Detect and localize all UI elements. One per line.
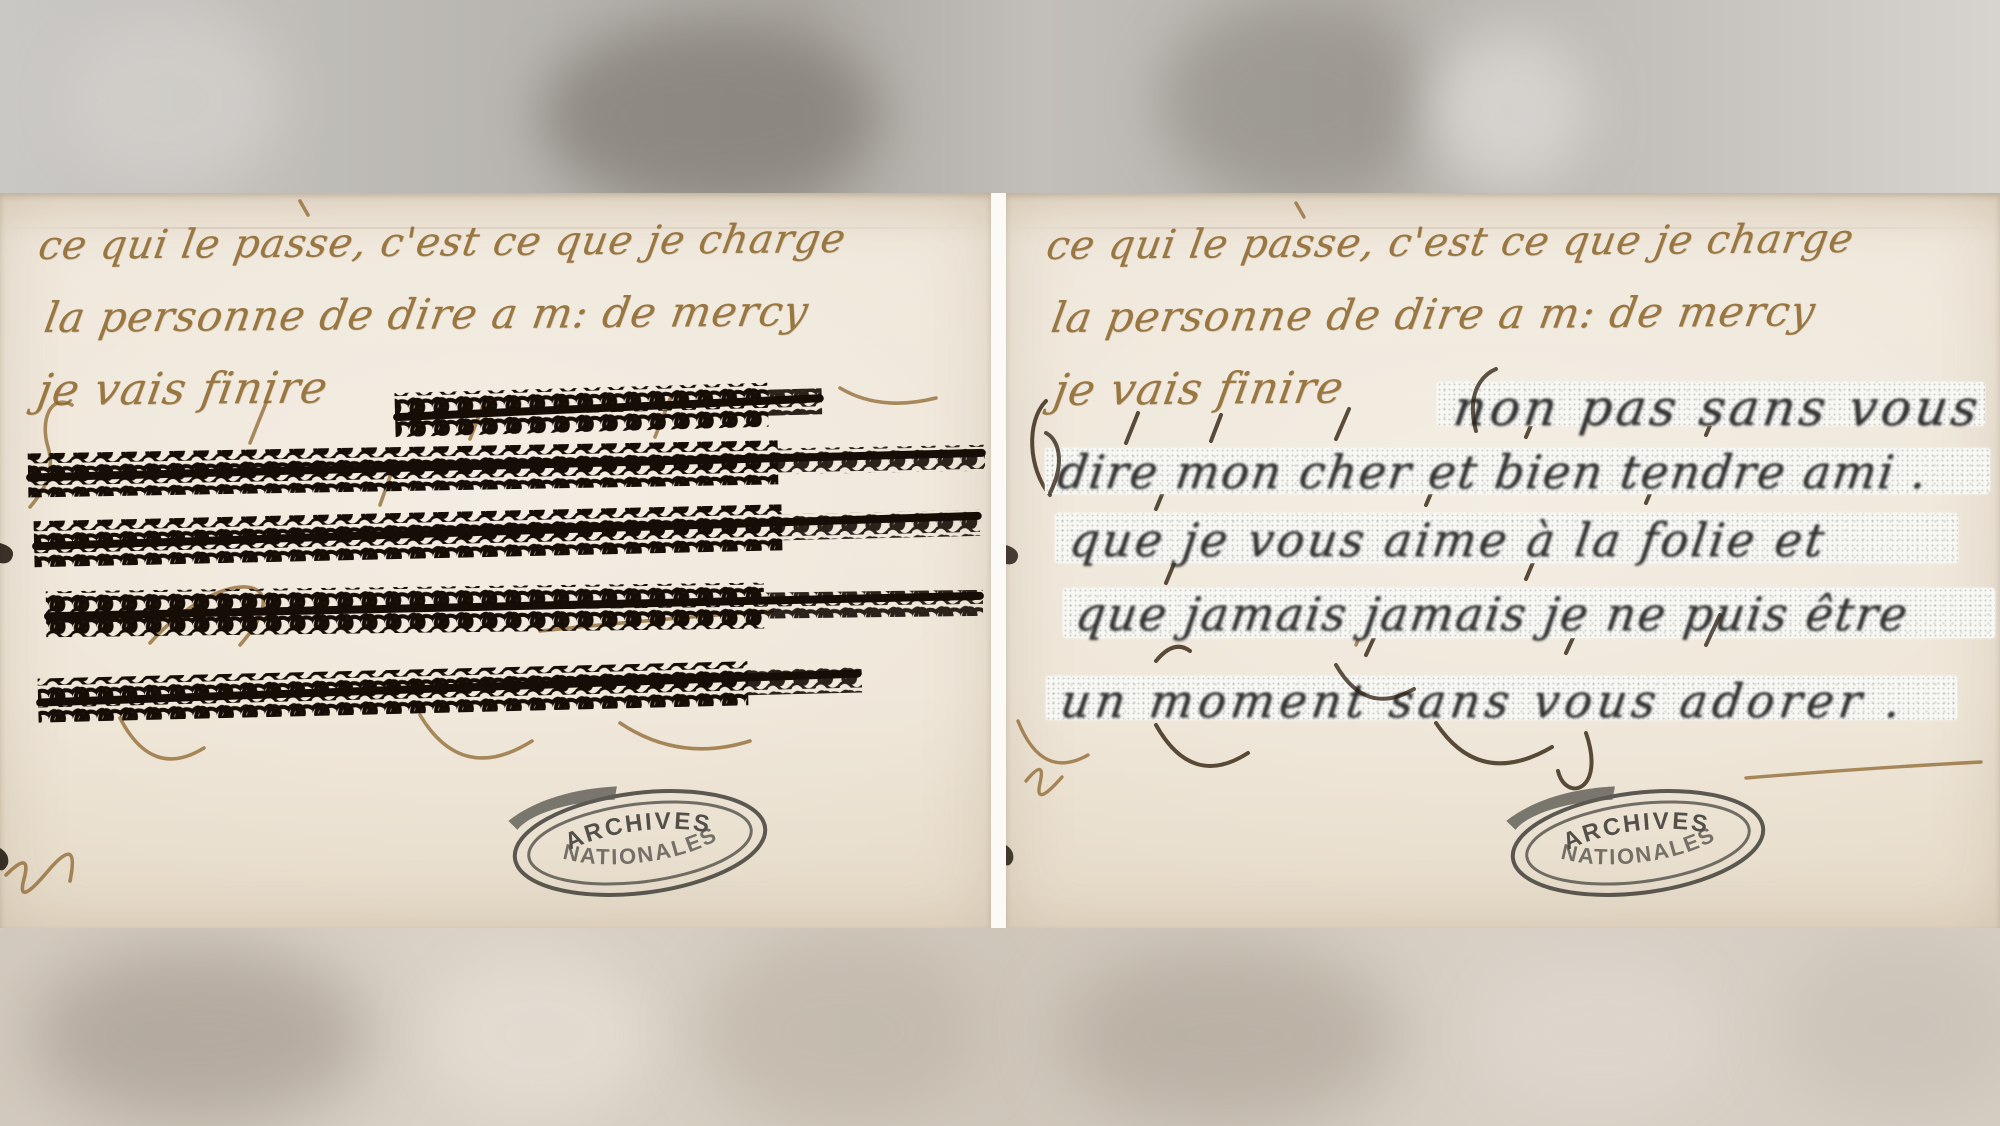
revealed-line-text: que jamais jamais je ne puis être xyxy=(1072,587,1912,641)
redacted-line xyxy=(394,381,822,437)
ink-smudge xyxy=(0,543,13,870)
archives-nationales-stamp: ARCHIVES NATIONALES xyxy=(505,778,775,908)
redacted-line xyxy=(46,580,983,637)
revealed-line-text: que je vous aime à la folie et xyxy=(1066,513,1830,567)
background-blob xyxy=(1060,945,1400,1125)
revealed-line-text: un moment sans vous adorer . xyxy=(1057,674,1909,728)
revealed-line-text: non pas sans vous xyxy=(1450,379,1985,437)
manuscript-panel-revealed: ce qui le passe, c'est ce que je charge … xyxy=(1006,193,2000,928)
redaction-scribbles xyxy=(0,193,991,928)
background-blob xyxy=(1480,955,1720,1115)
figure-canvas: ce qui le passe, c'est ce que je charge … xyxy=(0,0,2000,1126)
redacted-line xyxy=(34,500,981,567)
background-blur-bottom xyxy=(0,925,2000,1126)
revealed-line-text: dire mon cher et bien tendre ami . xyxy=(1054,445,1932,499)
redacted-line xyxy=(38,658,863,722)
archives-nationales-stamp: ARCHIVES NATIONALES xyxy=(1503,778,1773,908)
panel-divider xyxy=(991,193,1006,928)
background-blob xyxy=(540,20,880,196)
background-blob xyxy=(700,935,980,1125)
redacted-line xyxy=(28,437,986,498)
background-blob xyxy=(30,945,370,1125)
background-blob xyxy=(1780,935,2000,1115)
background-blob xyxy=(430,955,650,1115)
background-blur-top xyxy=(0,0,2000,196)
background-blob xyxy=(1160,0,1430,196)
manuscript-panel-redacted: ce qui le passe, c'est ce que je charge … xyxy=(0,193,991,928)
background-blob xyxy=(1430,30,1590,190)
background-blob xyxy=(60,10,280,190)
ink-smudge xyxy=(1006,545,1018,865)
